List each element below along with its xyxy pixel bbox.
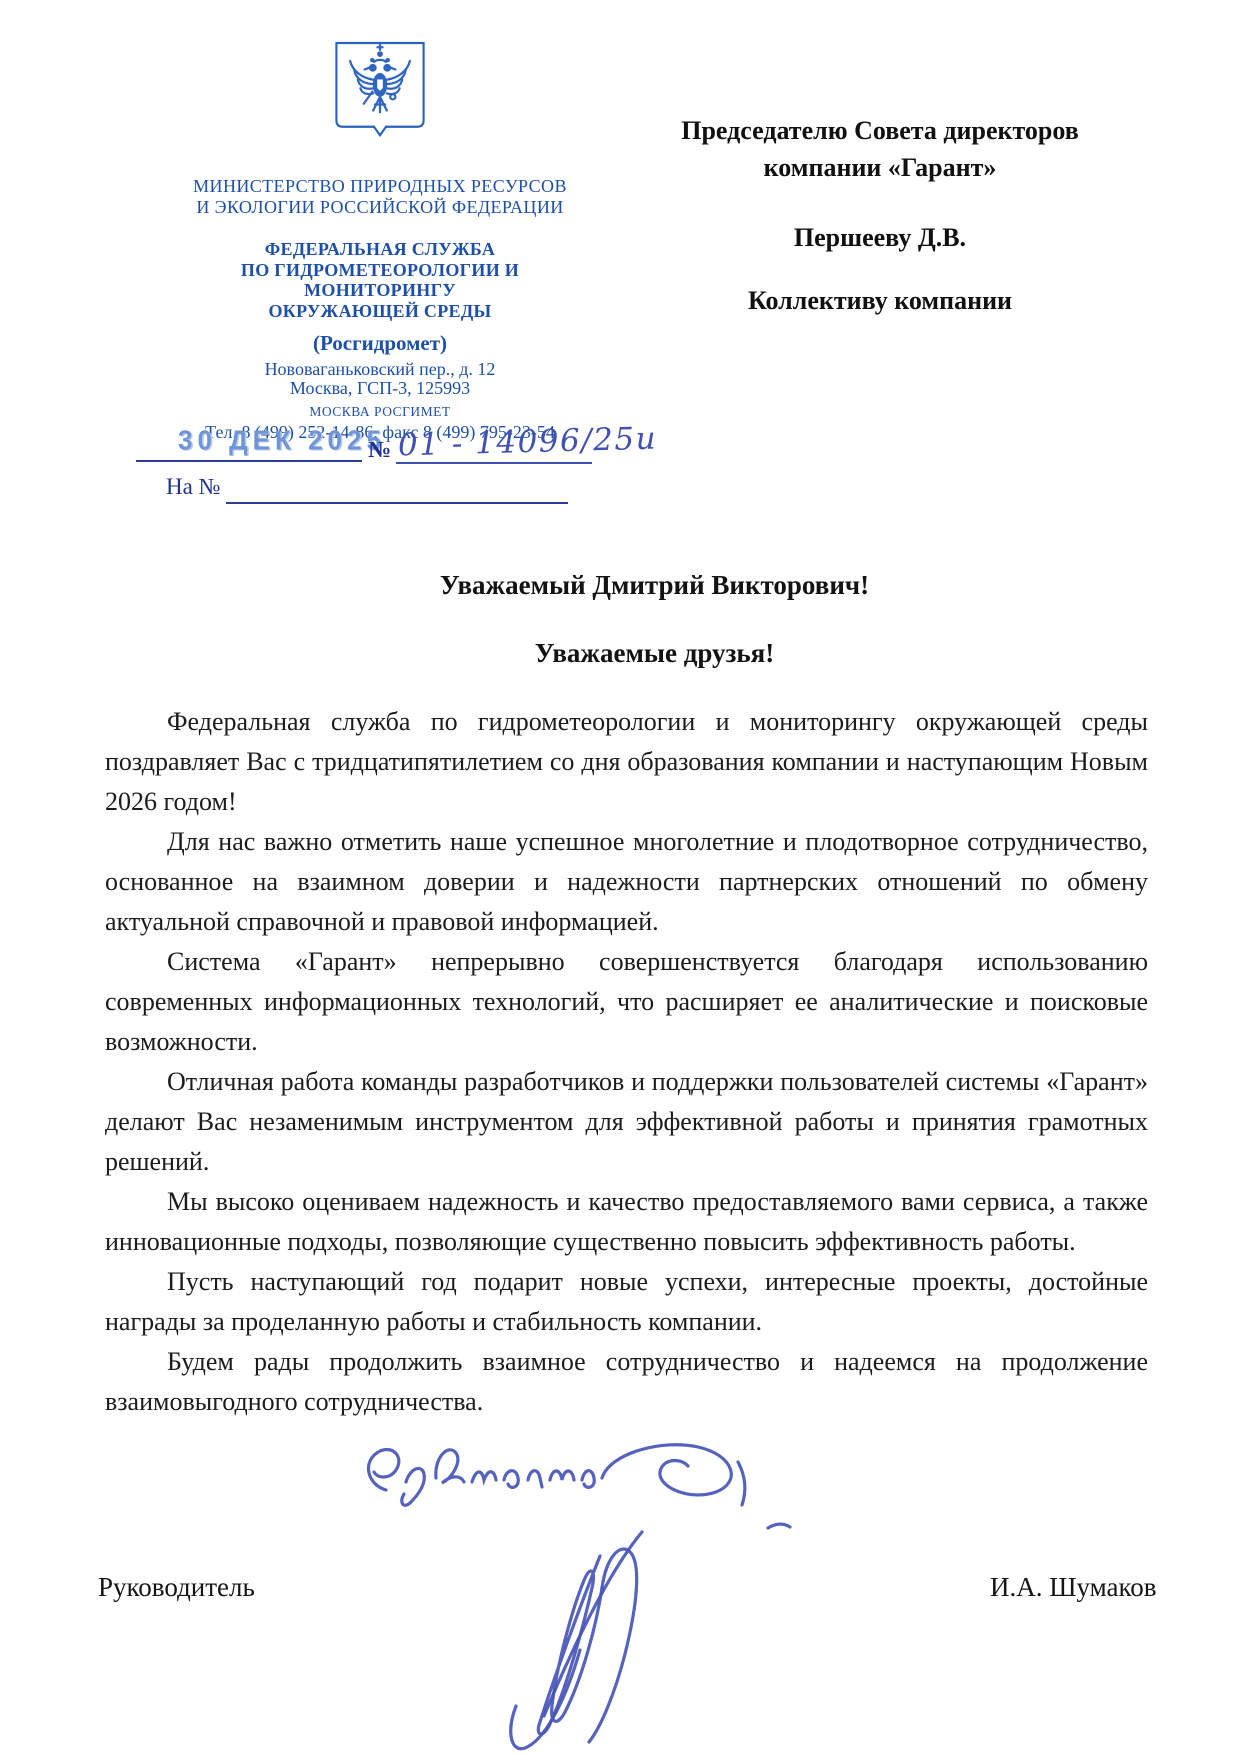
addressee-block: Председателю Совета директоров компании … (640, 112, 1120, 319)
paragraph: Отличная работа команды разработчиков и … (105, 1062, 1148, 1182)
addressee-line4: Коллективу компании (640, 282, 1120, 319)
addressee-line2: компании «Гарант» (640, 149, 1120, 186)
date-stamp: 30 ДЕК 2025 (178, 424, 386, 457)
agency-line3: ОКРУЖАЮЩЕЙ СРЕДЫ (180, 301, 580, 322)
scanned-letter-page: МИНИСТЕРСТВО ПРИРОДНЫХ РЕСУРСОВ И ЭКОЛОГ… (0, 0, 1240, 1754)
reply-number-label: На № (166, 474, 221, 500)
agency-line2: ПО ГИДРОМЕТЕОРОЛОГИИ И МОНИТОРИНГУ (180, 260, 580, 301)
paragraphs: Федеральная служба по гидрометеорологии … (105, 702, 1148, 1422)
salutation-personal: Уважаемый Дмитрий Викторович! (133, 570, 1176, 601)
agency-short-name: (Росгидромет) (180, 332, 580, 354)
paragraph: Пусть наступающий год подарит новые успе… (105, 1262, 1148, 1342)
salutation-collective: Уважаемые друзья! (133, 638, 1176, 669)
outgoing-number-value: 01 - 14096/25и (398, 421, 658, 464)
letterhead: МИНИСТЕРСТВО ПРИРОДНЫХ РЕСУРСОВ И ЭКОЛОГ… (180, 40, 580, 442)
agency-name: ФЕДЕРАЛЬНАЯ СЛУЖБА ПО ГИДРОМЕТЕОРОЛОГИИ … (180, 239, 580, 321)
ministry-name: МИНИСТЕРСТВО ПРИРОДНЫХ РЕСУРСОВ И ЭКОЛОГ… (180, 176, 580, 218)
coat-of-arms-icon (333, 40, 427, 140)
ministry-line2: И ЭКОЛОГИИ РОССИЙСКОЙ ФЕДЕРАЦИИ (180, 197, 580, 218)
handwritten-signature (340, 1438, 940, 1752)
addressee-line1: Председателю Совета директоров (640, 112, 1120, 149)
agency-line1: ФЕДЕРАЛЬНАЯ СЛУЖБА (180, 239, 580, 260)
date-underline (136, 460, 362, 462)
paragraph: Для нас важно отметить наше успешное мно… (105, 822, 1148, 942)
postal-address-line1: Нововаганьковский пер., д. 12 (180, 360, 580, 379)
signer-name: И.А. Шумаков (990, 1572, 1157, 1603)
outgoing-number-label: № (368, 437, 391, 463)
ministry-line1: МИНИСТЕРСТВО ПРИРОДНЫХ РЕСУРСОВ (180, 176, 580, 197)
outgoing-number-underline (396, 462, 592, 464)
reply-number-underline (226, 502, 568, 504)
paragraph: Мы высоко оцениваем надежность и качеств… (105, 1182, 1148, 1262)
signer-position-title: Руководитель (98, 1572, 255, 1603)
telegraph-address: МОСКВА РОСГИМЕТ (180, 404, 580, 419)
paragraph: Система «Гарант» непрерывно совершенству… (105, 942, 1148, 1062)
paragraph: Федеральная служба по гидрометеорологии … (105, 702, 1148, 822)
postal-address-line2: Москва, ГСП-3, 125993 (180, 379, 580, 398)
letter-body: Уважаемый Дмитрий Викторович! Уважаемые … (105, 570, 1148, 1422)
paragraph: Будем рады продолжить взаимное сотруднич… (105, 1342, 1148, 1422)
addressee-line3: Першееву Д.В. (640, 219, 1120, 256)
